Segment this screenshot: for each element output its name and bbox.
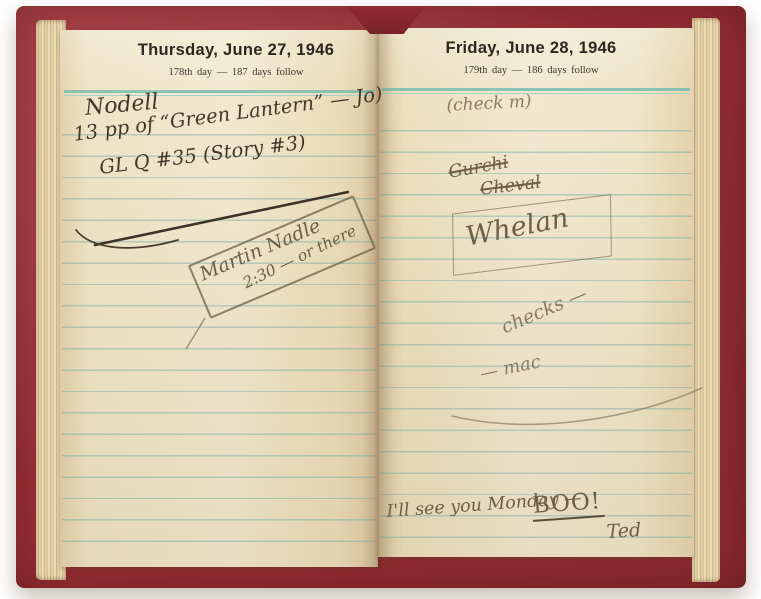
diary-photo: Thursday, June 27, 1946 178th day — 187 … [0,0,761,599]
right-date-title: Friday, June 28, 1946 [378,39,684,58]
left-date-subtitle: 178th day — 187 days follow [94,67,378,78]
left-page-header: Thursday, June 27, 1946 178th day — 187 … [94,41,378,78]
page-edges-right [692,18,720,582]
header-rule-thin [382,93,690,94]
diary-right-page: Friday, June 28, 1946 179th day — 186 da… [378,28,694,557]
handwriting-boo: BOO! [531,488,605,522]
right-date-subtitle: 179th day — 186 days follow [378,65,684,76]
center-gutter-shadow [362,28,394,568]
left-date-title: Thursday, June 27, 1946 [94,41,378,60]
handwriting-ted-signature: Ted [606,519,642,543]
right-page-header: Friday, June 28, 1946 179th day — 186 da… [378,39,684,76]
header-rule [382,88,690,91]
ruled-lines [62,114,376,559]
handwriting-whelan: Whelan [463,203,571,253]
